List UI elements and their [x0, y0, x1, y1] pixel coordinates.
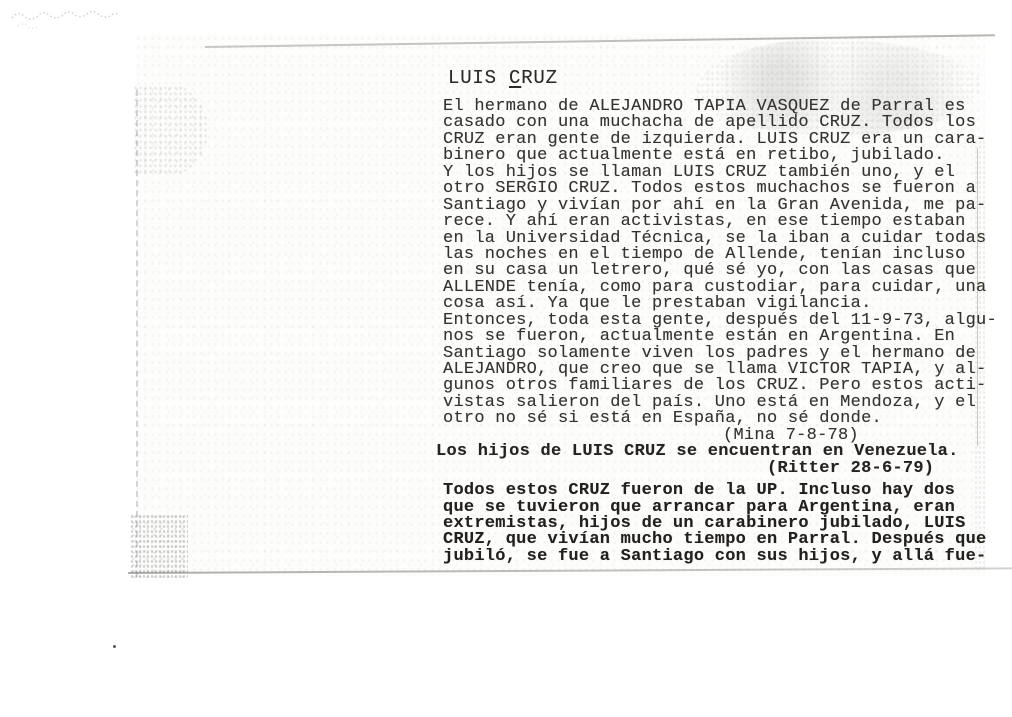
- title-text: LUIS: [448, 67, 509, 89]
- paragraph-3: Todos estos CRUZ fueron de la UP. Inclus…: [443, 483, 997, 565]
- stray-ink-dot: [113, 645, 116, 648]
- speckle-bottom-left-corner: [130, 514, 188, 578]
- paragraph-2: Los hijos de LUIS CRUZ se encuentran en …: [436, 444, 997, 477]
- title-underlined-letter: C: [509, 67, 521, 89]
- text-line: jubiló, se fue a Santiago con sus hijos,…: [443, 549, 997, 565]
- paragraph-1: El hermano de ALEJANDRO TAPIA VASQUEZ de…: [443, 99, 997, 444]
- attribution-line: (Ritter 28-6-79): [436, 461, 997, 477]
- text-line: otro no sé si está en España, no sé dond…: [443, 411, 997, 427]
- speckle-top-left-corner: [133, 85, 208, 175]
- document-body: LUIS CRUZ El hermano de ALEJANDRO TAPIA …: [443, 71, 997, 565]
- pencil-scribble: [8, 4, 138, 34]
- document-title: LUIS CRUZ: [448, 71, 1002, 86]
- title-text: RUZ: [521, 67, 558, 89]
- scanned-page: LUIS CRUZ El hermano de ALEJANDRO TAPIA …: [0, 0, 1012, 717]
